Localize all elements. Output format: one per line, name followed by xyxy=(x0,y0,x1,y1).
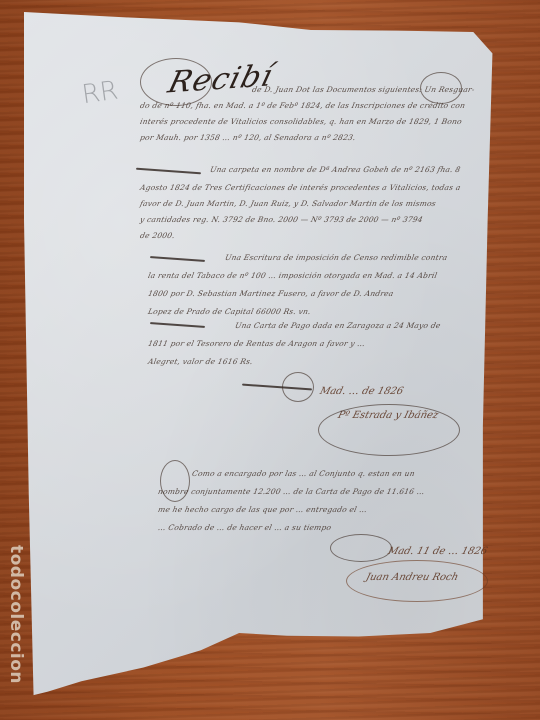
place-date: Mad. … de 1826 xyxy=(319,386,405,397)
text-line: de 2000. xyxy=(138,228,176,245)
text-line: por Mauh. por 1358 … nº 120, al Senadora… xyxy=(138,130,357,147)
text-line: 1800 por D. Sebastian Martinez Fusero, a… xyxy=(146,286,395,303)
place-date: Mad. 11 de … 1826 xyxy=(387,546,489,557)
text-line: favor de D. Juan Martin, D. Juan Ruiz, y… xyxy=(138,196,437,213)
text-line: do de nº 110, fha. en Mad. a 1º de Febº … xyxy=(138,98,467,115)
text-line: Como a encargado por las … al Conjunto q… xyxy=(190,466,416,483)
flourish-icon xyxy=(282,372,314,402)
text-line: me he hecho cargo de las que por … entre… xyxy=(156,502,368,519)
text-line: Una Carta de Pago dada en Zaragoza a 24 … xyxy=(233,318,442,335)
signature-flourish-icon xyxy=(346,560,488,602)
text-line: de D. Juan Dot las Documentos siguientes… xyxy=(250,82,476,99)
text-line: Una carpeta en nombre de Dª Andrea Gobeh… xyxy=(208,162,462,179)
text-line: la renta del Tabaco de nº 100 … imposici… xyxy=(146,268,438,285)
text-line: Alegret, valor de 1616 Rs. xyxy=(146,354,254,371)
text-line: y cantidades reg. N. 3792 de Bno. 2000 —… xyxy=(138,212,424,229)
text-line: … Cobrado de … de hacer el … a su tiempo xyxy=(156,520,333,537)
todocoleccion-watermark: todocoleccion xyxy=(6,545,26,684)
pencil-mark: RR xyxy=(80,76,120,111)
text-line: Agosto 1824 de Tres Certificaciones de i… xyxy=(138,180,462,197)
flourish-icon xyxy=(330,534,392,562)
text-line: 1811 por el Tesorero de Rentas de Aragon… xyxy=(146,336,366,353)
text-line: Una Escritura de imposición de Censo red… xyxy=(223,250,449,267)
text-line: interés procedente de Vitalicios consoli… xyxy=(138,114,463,131)
signature-flourish-icon xyxy=(318,404,460,456)
text-line: nombre conjuntamente 12.200 … de la Cart… xyxy=(156,484,426,501)
